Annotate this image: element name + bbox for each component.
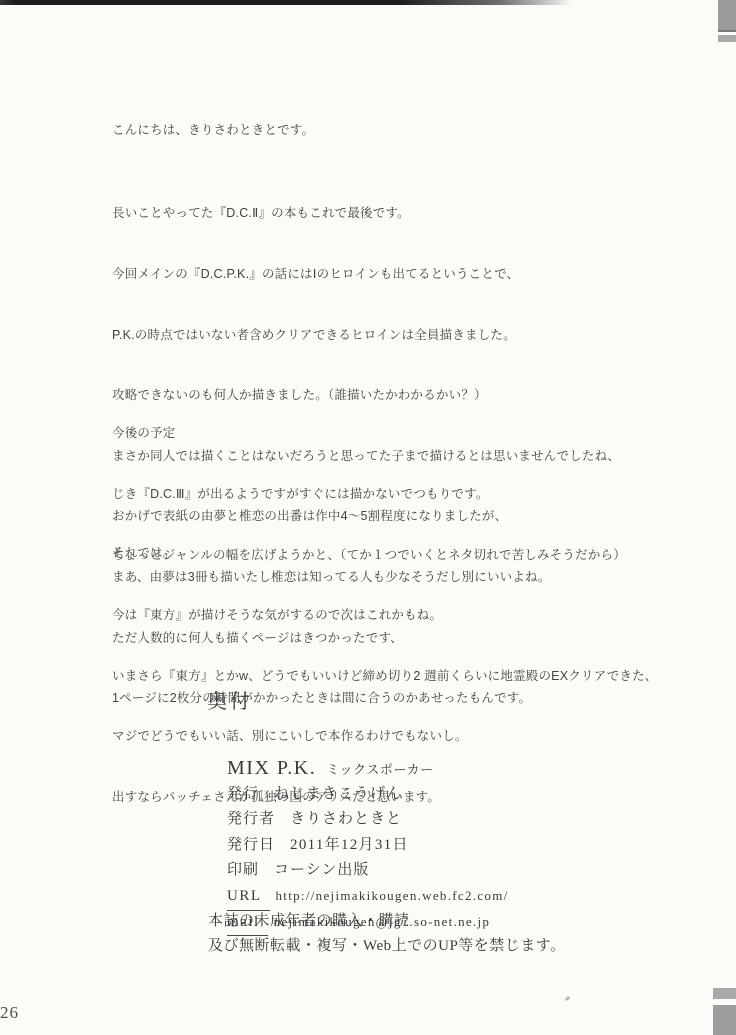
scan-speck bbox=[565, 996, 571, 1002]
page-number: 26 bbox=[0, 1003, 19, 1023]
plans-line: じき『D.C.Ⅲ』が出るようですがすぐには描かないでつもりです。 bbox=[112, 484, 658, 504]
notice-line: 本誌の未成年者の購入・購読 bbox=[208, 909, 566, 934]
url-label: URL bbox=[227, 884, 270, 910]
scan-artifact-top-right-bar bbox=[718, 35, 736, 42]
plans-line: いまさら『東方』とかw、どうでもいいけど締め切り2 週前くらいに地霊殿のEXクリ… bbox=[112, 666, 658, 686]
publisher-label: 発行 bbox=[227, 782, 259, 807]
publish-date-value: 2011年12月31日 bbox=[290, 837, 409, 853]
book-title: MIX P.K. bbox=[227, 757, 316, 779]
book-title-reading: ミックスポーカー bbox=[326, 762, 433, 777]
scan-artifact-bottom-right-bar bbox=[713, 988, 736, 999]
publisher-value: ねじまきこうげん bbox=[274, 786, 402, 802]
url-value: http://nejimakikougen.web.fc2.com/ bbox=[276, 888, 509, 903]
afterword-line: 今回メインの『D.C.P.K.』の話にはⅠのヒロインも出てるということで、 bbox=[112, 264, 620, 284]
notice-line: 及び無断転載・複写・Web上でのUP等を禁じます。 bbox=[208, 934, 566, 959]
author-label: 発行者 bbox=[227, 807, 275, 832]
scan-artifact-bottom-right-block bbox=[713, 1005, 736, 1035]
plans-heading: 今後の予定 bbox=[112, 423, 658, 443]
plans-line: ちょっとジャンルの幅を広げようかと、（てか１つでいくとネタ切れで苦しみそうだから… bbox=[112, 545, 658, 565]
plans-line: 今は『東方』が描けそうな気がするので次はこれかもね。 bbox=[112, 605, 658, 625]
scanned-doujin-afterword-page: { "page": { "number": "26" }, "body": { … bbox=[0, 0, 736, 1035]
colophon-title-row: MIX P.K.ミックスポーカー bbox=[208, 731, 566, 756]
author-value: きりさわときと bbox=[290, 811, 402, 827]
greeting-line: こんにちは、きりさわときとです。 bbox=[112, 120, 314, 140]
afterword-line: 長いことやってた『D.C.Ⅱ』の本もこれで最後です。 bbox=[112, 203, 620, 223]
printer-value: コーシン出版 bbox=[274, 862, 369, 878]
colophon-heading: 奥付 bbox=[207, 688, 253, 716]
colophon: MIX P.K.ミックスポーカー 発行ねじまきこうげん 発行者きりさわときと 発… bbox=[208, 731, 566, 960]
scan-artifact-top-right-block bbox=[718, 0, 736, 32]
printer-label: 印刷 bbox=[227, 858, 259, 883]
closing-line: それでは。 bbox=[112, 543, 176, 563]
publish-date-label: 発行日 bbox=[227, 833, 275, 858]
scan-artifact-top-edge bbox=[0, 0, 572, 5]
afterword-line: P.K.の時点ではいない者含めクリアできるヒロインは全員描きました。 bbox=[112, 325, 620, 345]
